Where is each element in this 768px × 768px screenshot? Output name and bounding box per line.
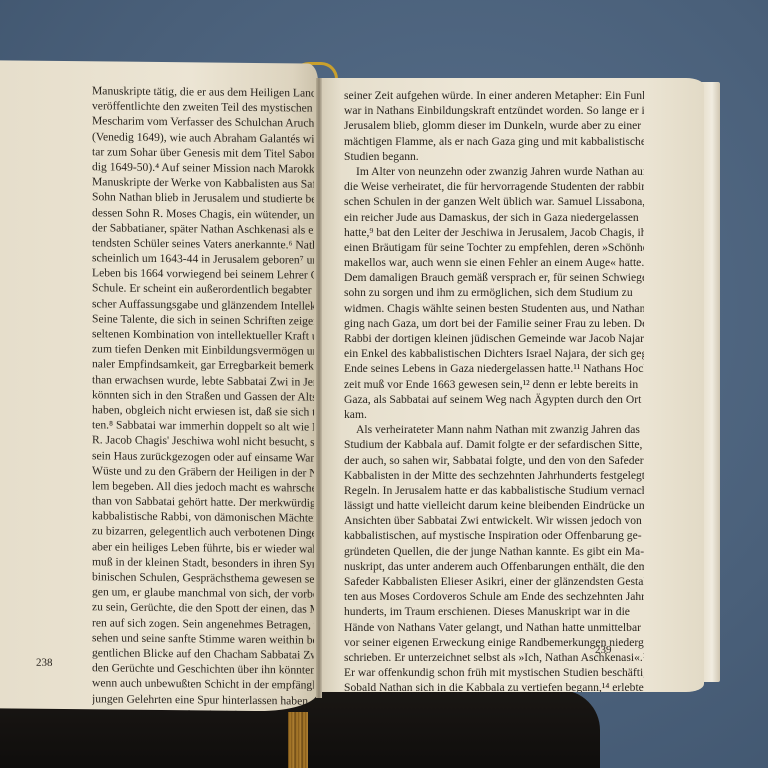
text-line: Jerusalem blieb, glomm dieser im Dunkeln… xyxy=(344,118,644,133)
text-line: R. Jacob Chagis' Jeschiwa wohl nicht bes… xyxy=(92,433,314,451)
text-line: ein Enkel des kabbalistischen Dichters I… xyxy=(344,346,644,361)
text-line: nuskript, das unter anderem auch Offenba… xyxy=(344,559,644,574)
text-line: zeit muß vor Ende 1663 gewesen sein,¹² d… xyxy=(344,377,644,392)
text-line: war in Nathans Einbildungskraft entzünde… xyxy=(344,103,644,118)
text-line: Kabbalisten in der Mitte des sechzehnten… xyxy=(344,468,644,483)
text-line: Sohn Nathan blieb in Jerusalem und studi… xyxy=(92,190,314,208)
text-line: Dem damaligen Brauch gemäß versprach er,… xyxy=(344,270,644,285)
text-line: makellos war, auch wenn sie einen Fehler… xyxy=(344,255,644,270)
text-line: Gaza, als Sabbatai auf seinem Weg nach Ä… xyxy=(344,392,644,407)
book-gutter xyxy=(316,78,322,698)
right-page: seiner Zeit aufgehen würde. In einer and… xyxy=(318,78,704,692)
text-line: hunderts, im Traum erschienen. Dieses Ma… xyxy=(344,604,644,619)
left-page-body-text: Manuskripte tätig, die er aus dem Heilig… xyxy=(92,83,314,711)
text-line: Studium der Kabbala auf. Damit folgte er… xyxy=(344,437,644,452)
text-line: kam. xyxy=(344,407,644,422)
text-line: Rabbi der dortigen kleinen jüdischen Gem… xyxy=(344,331,644,346)
text-line: ten aus Moses Cordoveros Schule am Ende … xyxy=(344,589,644,604)
text-line: gründeten Quellen, die der junge Nathan … xyxy=(344,544,644,559)
text-line: zu bizarren, gelegentlich auch verbotene… xyxy=(92,524,314,542)
text-line: lässigt und hatte vielleicht darum keine… xyxy=(344,498,644,513)
text-line: Er war offenkundig schon früh mit mystis… xyxy=(344,665,644,680)
left-page: Manuskripte tätig, die er aus dem Heilig… xyxy=(0,60,318,711)
text-line: schen Schulen in der ganzen Welt üblich … xyxy=(344,194,644,209)
text-line: sohn zu sorgen und ihm zu ermöglichen, s… xyxy=(344,285,644,300)
text-line: Schule. Er scheint ein außerordentlich b… xyxy=(92,281,314,299)
text-line: Als verheirateter Mann nahm Nathan mit z… xyxy=(344,422,644,437)
text-line: Mescharim vom Verfasser des Schulchan Ar… xyxy=(92,114,314,132)
text-line: ging nach Gaza, um dort bei der Familie … xyxy=(344,316,644,331)
text-line: wenn auch unbewußten Schicht in der empf… xyxy=(92,676,314,694)
text-line: widmen. Chagis wählte seinen besten Stud… xyxy=(344,301,644,316)
text-line: Ansichten über Sabbatai Zwi entwickelt. … xyxy=(344,513,644,528)
text-line: Im Alter von neunzehn oder zwanzig Jahre… xyxy=(344,164,644,179)
text-line: mächtigen Flamme, als er nach Gaza ging … xyxy=(344,134,644,149)
text-line: die Weise verheiratet, die für hervorrag… xyxy=(344,179,644,194)
text-line: naler Empfindsamkeit, gar Erregbarkeit b… xyxy=(92,357,314,375)
right-page-body-text: seiner Zeit aufgehen würde. In einer and… xyxy=(344,88,644,692)
page-number-left: 238 xyxy=(36,657,53,669)
text-line: zu sein, Gerüchte, die den Spott der ein… xyxy=(92,600,314,618)
text-line: Safeder Kabbalisten Elieser Asikri, eine… xyxy=(344,574,644,589)
text-line: Studien begann. xyxy=(344,149,644,164)
text-line: seiner Zeit aufgehen würde. In einer and… xyxy=(344,88,644,103)
text-line: kabbalistischen, auf mystische Inspirati… xyxy=(344,528,644,543)
text-line: hatte,⁹ bat den Leiter der Jeschiwa in J… xyxy=(344,225,644,240)
text-line: Sobald Nathan sich in die Kabbala zu ver… xyxy=(344,680,644,692)
text-line: ein reicher Jude aus Damaskus, der sich … xyxy=(344,210,644,225)
text-line: Regeln. In Jerusalem hatte er das kabbal… xyxy=(344,483,644,498)
bookmark-ribbon-bottom[interactable] xyxy=(288,712,308,768)
page-number-right: 239 xyxy=(595,644,612,656)
text-line: Hände von Nathans Vater gelangt, und Nat… xyxy=(344,620,644,635)
text-line: Ende seines Lebens in Gaza niedergelasse… xyxy=(344,361,644,376)
text-line: einen Bräutigam für seine Tochter zu emp… xyxy=(344,240,644,255)
text-line: der auch, so sahen wir, Sabbatai folgte,… xyxy=(344,453,644,468)
